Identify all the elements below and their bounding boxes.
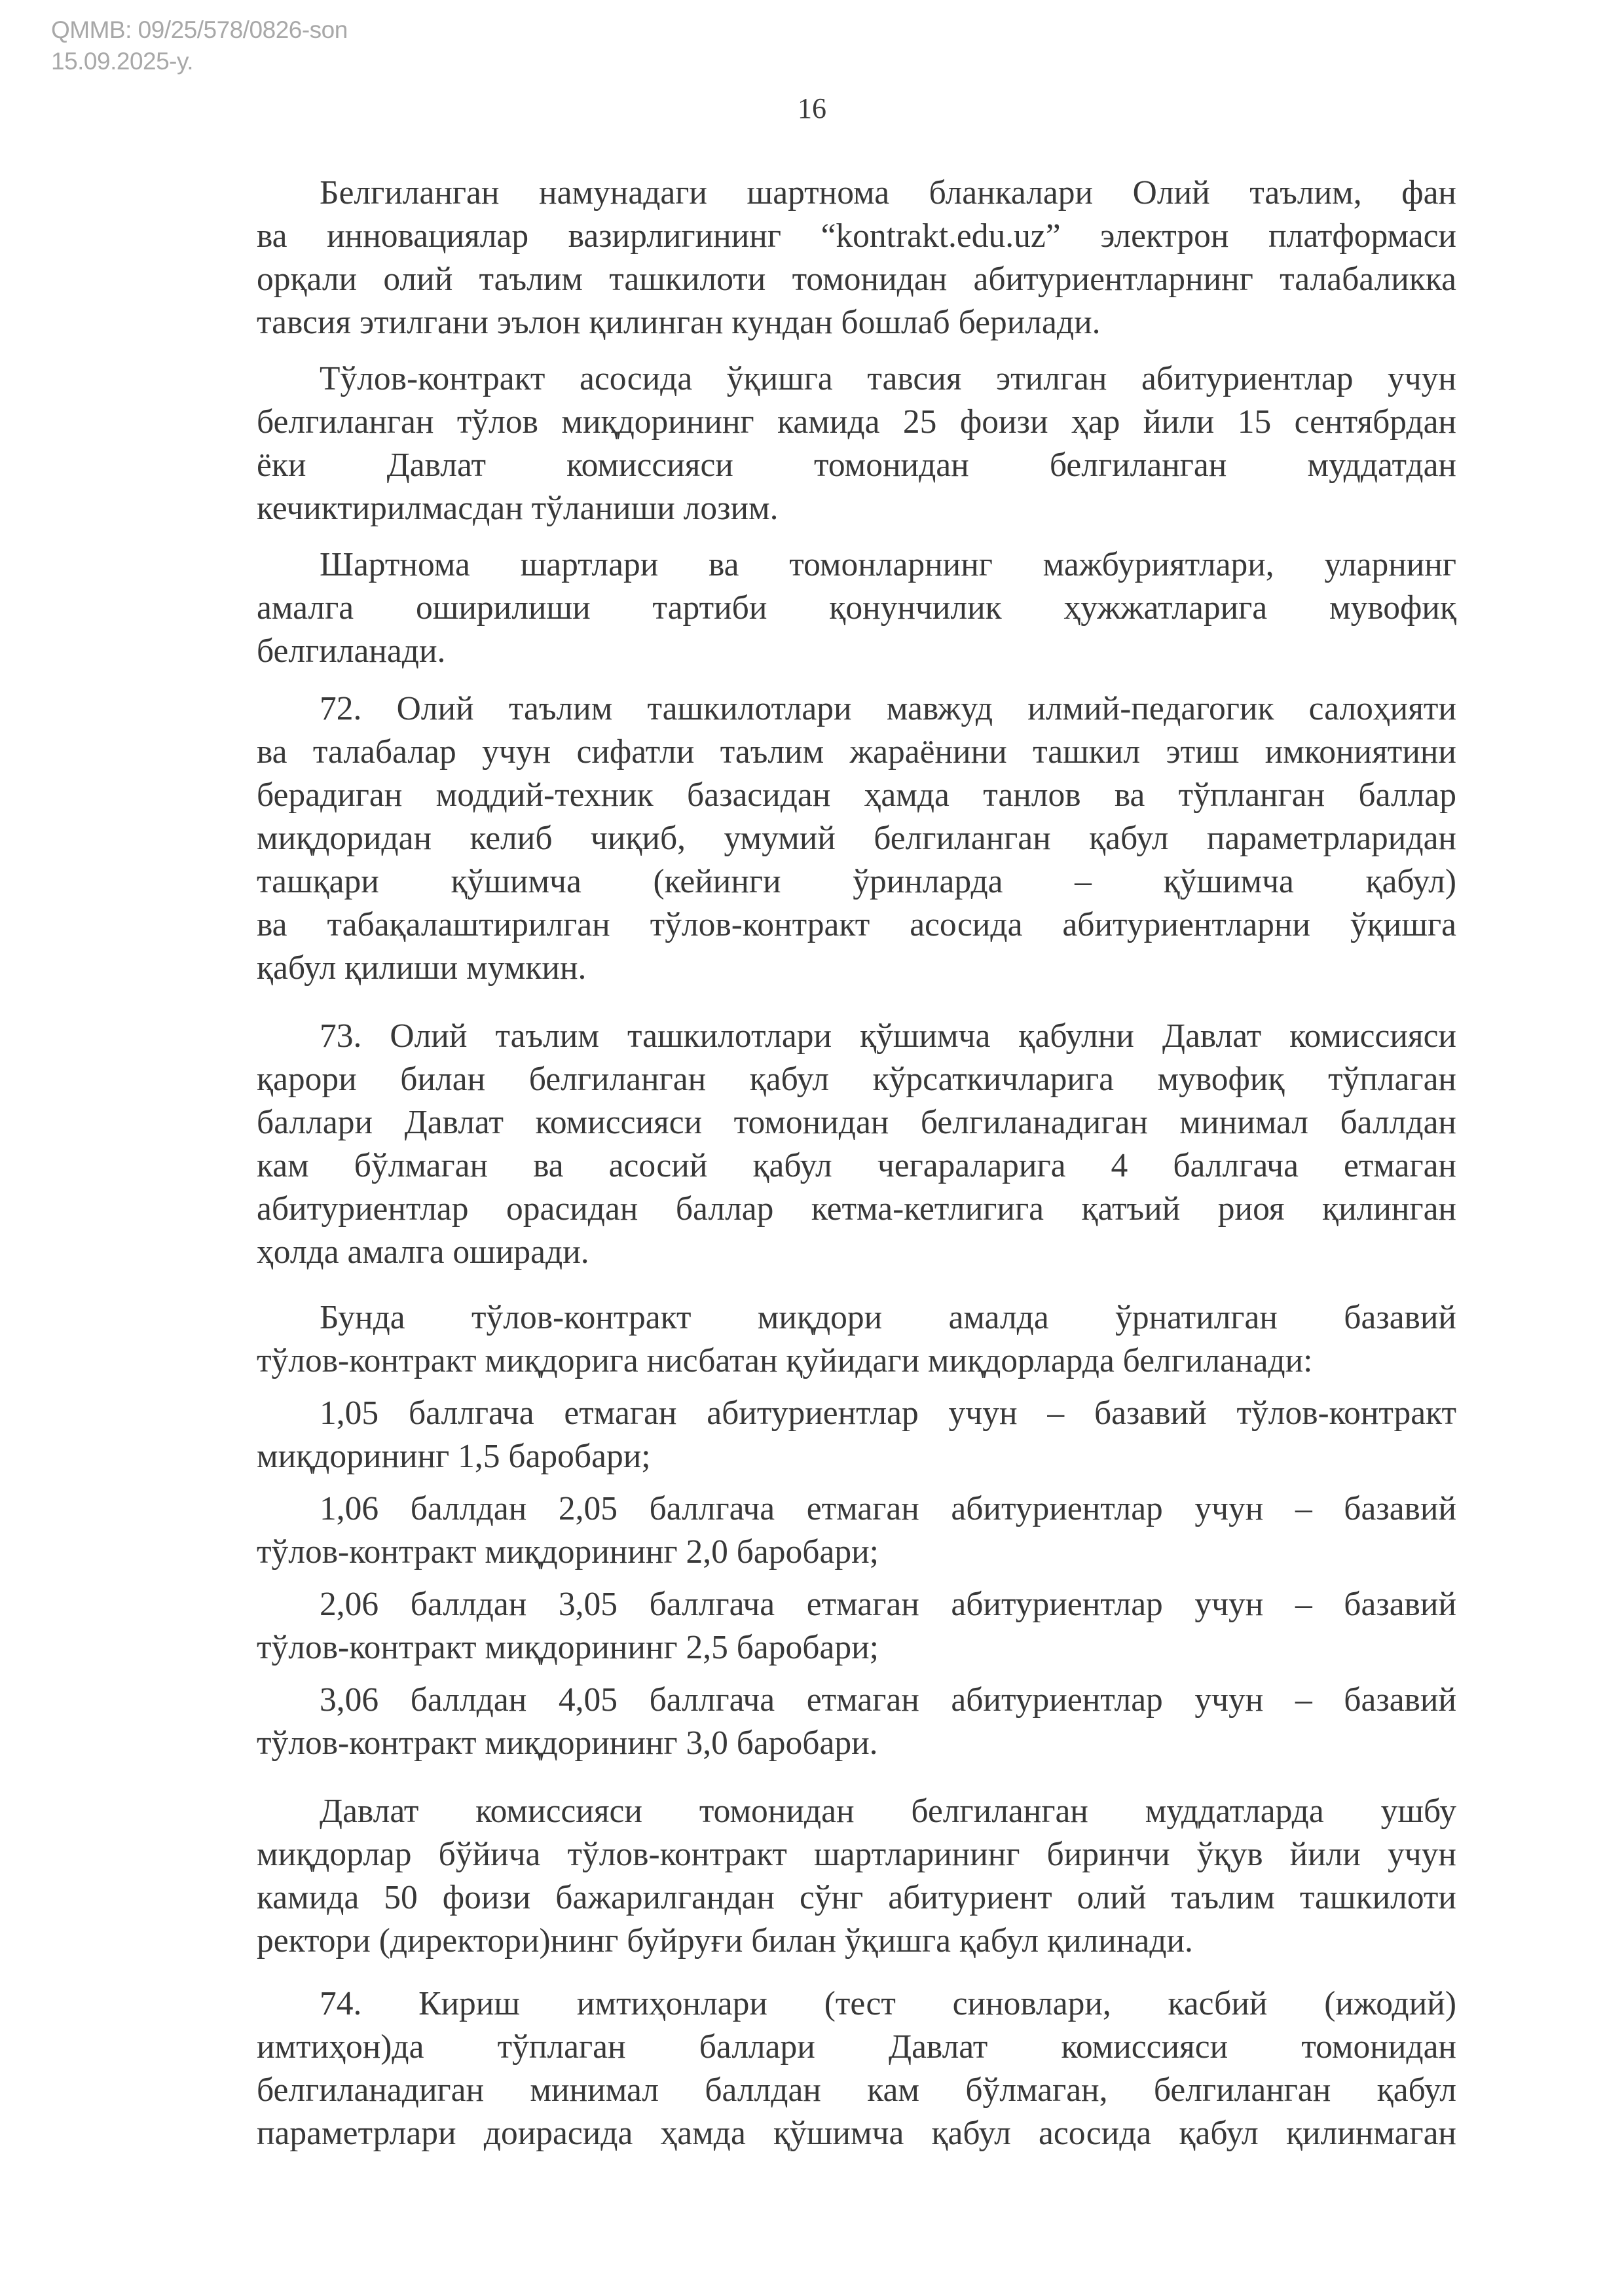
text-line: Тўлов-контракт асосида ўқишга тавсия эти…	[257, 357, 1456, 401]
registration-date: 15.09.2025-y.	[51, 46, 348, 77]
registration-number: QMMB: 09/25/578/0826-son	[51, 14, 348, 46]
text-line: параметрлари доирасида ҳамда қўшимча қаб…	[257, 2112, 1456, 2155]
text-line: 1,05 баллгача етмаган абитуриентлар учун…	[257, 1392, 1456, 1435]
text-line: тўлов-контракт миқдорининг 2,0 баробари;	[257, 1531, 1456, 1574]
text-line: орқали олий таълим ташкилоти томонидан а…	[257, 258, 1456, 301]
text-line: баллари Давлат комиссияси томонидан белг…	[257, 1101, 1456, 1144]
text-line: 2,06 баллдан 3,05 баллгача етмаган абиту…	[257, 1583, 1456, 1626]
text-line: 3,06 баллдан 4,05 баллгача етмаган абиту…	[257, 1679, 1456, 1722]
text-line: Шартнома шартлари ва томонларнинг мажбур…	[257, 543, 1456, 587]
text-line: тавсия этилгани эълон қилинган кундан бо…	[257, 301, 1456, 344]
registration-stamp: QMMB: 09/25/578/0826-son 15.09.2025-y.	[51, 14, 348, 77]
text-line: миқдорлар бўйича тўлов-контракт шартлари…	[257, 1833, 1456, 1876]
text-line: 72. Олий таълим ташкилотлари мавжуд илми…	[257, 687, 1456, 731]
text-line: кечиктирилмасдан тўланиши лозим.	[257, 487, 1456, 530]
paragraph-payment-deadline: Тўлов-контракт асосида ўқишга тавсия эти…	[257, 357, 1456, 530]
fee-tier-3: 2,06 баллдан 3,05 баллгача етмаган абиту…	[257, 1583, 1456, 1669]
text-line: имтиҳон)да тўплаган баллари Давлат комис…	[257, 2026, 1456, 2069]
text-line: белгиланган тўлов миқдорининг камида 25 …	[257, 401, 1456, 444]
text-line: ҳолда амалга оширади.	[257, 1231, 1456, 1274]
fee-tier-1: 1,05 баллгача етмаган абитуриентлар учун…	[257, 1392, 1456, 1478]
text-line: амалга оширилиши тартиби қонунчилик ҳужж…	[257, 587, 1456, 630]
fee-tier-2: 1,06 баллдан 2,05 баллгача етмаган абиту…	[257, 1487, 1456, 1574]
text-line: қарори билан белгиланган қабул кўрсаткич…	[257, 1058, 1456, 1101]
text-line: Давлат комиссияси томонидан белгиланган …	[257, 1790, 1456, 1833]
paragraph-contract-terms: Шартнома шартлари ва томонларнинг мажбур…	[257, 543, 1456, 673]
clause-73: 73. Олий таълим ташкилотлари қўшимча қаб…	[257, 1015, 1456, 1274]
text-line: кам бўлмаган ва асосий қабул чегаралариг…	[257, 1144, 1456, 1188]
text-line: ва талабалар учун сифатли таълим жараёни…	[257, 731, 1456, 774]
text-line: 73. Олий таълим ташкилотлари қўшимча қаб…	[257, 1015, 1456, 1058]
text-line: белгиланади.	[257, 630, 1456, 673]
clause-74: 74. Кириш имтиҳонлари (тест синовлари, к…	[257, 1982, 1456, 2155]
text-line: камида 50 фоизи бажарилгандан сўнг абиту…	[257, 1876, 1456, 1920]
text-line: қабул қилиши мумкин.	[257, 947, 1456, 990]
text-line: 74. Кириш имтиҳонлари (тест синовлари, к…	[257, 1982, 1456, 2026]
paragraph-fee-multipliers-intro: Бунда тўлов-контракт миқдори амалда ўрна…	[257, 1296, 1456, 1383]
text-line: белгиланадиган минимал баллдан кам бўлма…	[257, 2069, 1456, 2112]
text-line: миқдорининг 1,5 баробари;	[257, 1435, 1456, 1478]
text-line: ва инновациялар вазирлигининг “kontrakt.…	[257, 215, 1456, 258]
text-line: ёки Давлат комиссияси томонидан белгилан…	[257, 444, 1456, 487]
text-line: тўлов-контракт миқдорининг 3,0 баробари.	[257, 1722, 1456, 1765]
page-number: 16	[0, 92, 1624, 125]
text-line: абитуриентлар орасидан баллар кетма-кетл…	[257, 1188, 1456, 1231]
clause-72: 72. Олий таълим ташкилотлари мавжуд илми…	[257, 687, 1456, 990]
text-line: ректори (директори)нинг буйруғи билан ўқ…	[257, 1920, 1456, 1963]
text-line: миқдоридан келиб чиқиб, умумий белгиланг…	[257, 817, 1456, 860]
text-line: берадиган моддий-техник базасидан ҳамда …	[257, 774, 1456, 817]
text-line: Бунда тўлов-контракт миқдори амалда ўрна…	[257, 1296, 1456, 1339]
text-line: тўлов-контракт миқдорининг 2,5 баробари;	[257, 1626, 1456, 1669]
fee-tier-4: 3,06 баллдан 4,05 баллгача етмаган абиту…	[257, 1679, 1456, 1765]
paragraph-contract-forms: Белгиланган намунадаги шартнома бланкала…	[257, 172, 1456, 344]
text-line: Белгиланган намунадаги шартнома бланкала…	[257, 172, 1456, 215]
text-line: ташқари қўшимча (кейинги ўринларда – қўш…	[257, 860, 1456, 903]
paragraph-enrollment-order: Давлат комиссияси томонидан белгиланган …	[257, 1790, 1456, 1963]
text-line: 1,06 баллдан 2,05 баллгача етмаган абиту…	[257, 1487, 1456, 1531]
text-line: ва табақалаштирилган тўлов-контракт асос…	[257, 903, 1456, 947]
text-line: тўлов-контракт миқдорига нисбатан қуйида…	[257, 1339, 1456, 1383]
